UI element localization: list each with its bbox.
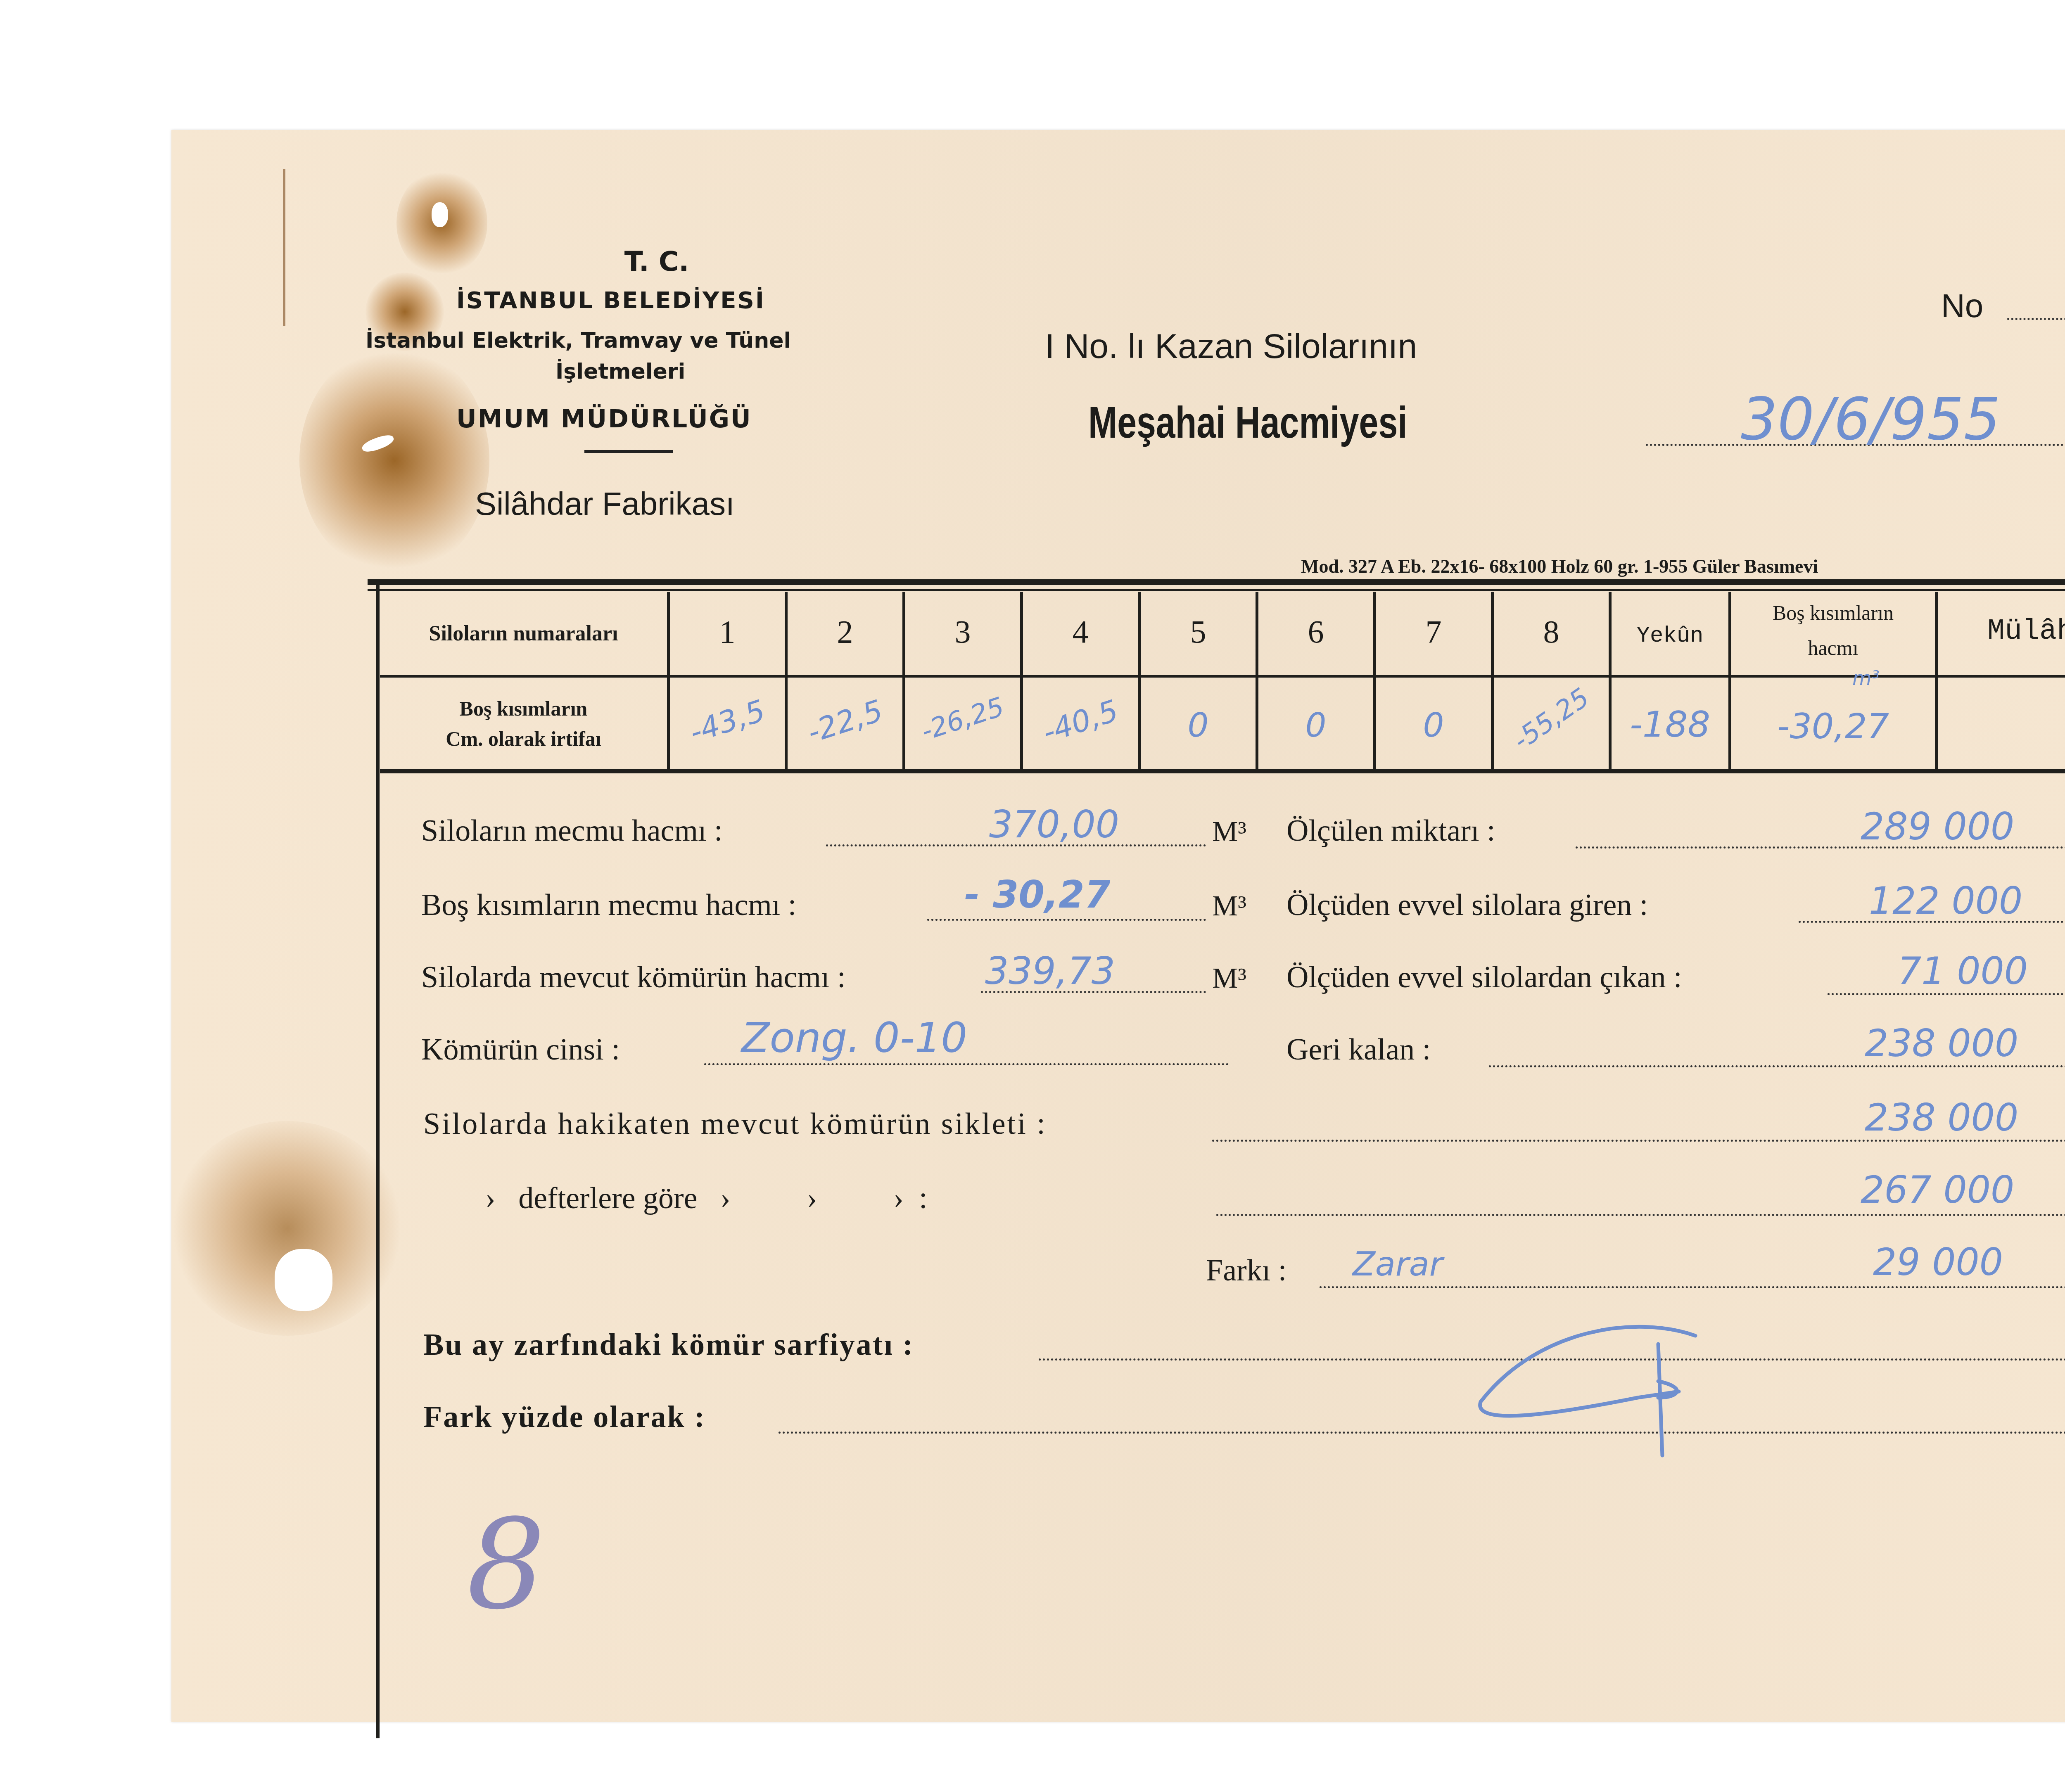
col-sep <box>1138 592 1141 769</box>
field-label-difference: Farkı : <box>1206 1253 1286 1288</box>
table-bottom-rule <box>380 769 2065 773</box>
punch-hole <box>275 1249 332 1311</box>
col-sep <box>1728 592 1731 769</box>
field-value-difference: 29 000 <box>1873 1241 2003 1284</box>
col-header-8: 8 <box>1494 613 1609 650</box>
fold-mark <box>283 169 285 326</box>
col-header-5: 5 <box>1141 613 1256 650</box>
table-top-rule <box>368 579 2065 585</box>
field-label-exited: Ölçüden evvel silolardan çıkan : <box>1286 960 1682 995</box>
cell-silo-4[interactable]: -40,5 <box>1021 687 1140 756</box>
date-value: 30/6/955 <box>1741 386 2001 453</box>
field-line-remaining[interactable] <box>1489 1065 2065 1067</box>
field-unit-coal-volume: M³ <box>1212 962 1246 995</box>
field-value-coal-volume: 339,73 <box>985 950 1115 993</box>
col-header-2: 2 <box>788 613 902 650</box>
org-line-isletmeler: İşletmeleri <box>555 359 685 384</box>
org-line-tc: T. C. <box>582 246 731 277</box>
field-label-remaining: Geri kalan : <box>1286 1032 1431 1067</box>
burn-stain <box>299 345 489 576</box>
col-header-4: 4 <box>1023 613 1138 650</box>
org-line-iett: İstanbul Elektrik, Tramvay ve Tünel <box>366 328 791 353</box>
field-value-coal-type: Zong. 0-10 <box>741 1014 967 1062</box>
form-title-line1: I No. lı Kazan Silolarının <box>1045 326 1417 366</box>
col-sep <box>1020 592 1023 769</box>
col-header-3: 3 <box>905 613 1020 650</box>
row-label-silo-numbers: Siloların numaraları <box>380 621 667 646</box>
field-label-entered: Ölçüden evvel silolara giren : <box>1286 888 1648 923</box>
field-value-exited: 71 000 <box>1898 950 2028 993</box>
signature-icon <box>1464 1319 1753 1460</box>
field-note-difference: Zarar <box>1353 1245 1443 1283</box>
document-sheet: T. C. İSTANBUL BELEDİYESİ İstanbul Elekt… <box>171 130 2065 1722</box>
field-line-actual-weight[interactable] <box>1212 1140 2065 1142</box>
cell-silo-1[interactable]: -43,5 <box>667 687 787 756</box>
field-label-empty-volume: Boş kısımların mecmu hacmı : <box>421 888 796 923</box>
cell-yekun[interactable]: -188 <box>1612 704 1728 745</box>
field-value-remaining: 238 000 <box>1865 1022 2018 1065</box>
margin-number: 8 <box>467 1493 546 1637</box>
printer-note: Mod. 327 A Eb. 22x16- 68x100 Holz 60 gr.… <box>1301 555 1818 577</box>
field-line-coal-type[interactable] <box>704 1063 1229 1065</box>
no-field[interactable] <box>2007 318 2065 320</box>
frame-left <box>376 584 380 1738</box>
org-line-belediye: İSTANBUL BELEDİYESİ <box>456 287 765 314</box>
col-header-bos-hacim-2: hacmı <box>1731 636 1935 660</box>
col-sep <box>785 592 788 769</box>
field-unit-total-volume: M³ <box>1212 815 1246 849</box>
field-value-measured: 289 000 <box>1861 805 2014 849</box>
col-sep <box>902 592 905 769</box>
factory-name: Silâhdar Fabrikası <box>475 485 735 523</box>
field-line-percent-difference[interactable] <box>779 1432 2065 1434</box>
field-value-actual-weight: 238 000 <box>1865 1096 2018 1140</box>
field-label-book-weight: › defterlere göre › › › : <box>485 1181 928 1216</box>
col-header-6: 6 <box>1258 613 1373 650</box>
cell-silo-3[interactable]: -26,25 <box>903 687 1022 751</box>
col-header-mulahazat: Mülâhazat <box>1938 615 2065 648</box>
cell-silo-5[interactable]: 0 <box>1141 706 1256 744</box>
burn-hole <box>432 202 448 227</box>
col-sep <box>1609 592 1612 769</box>
field-value-entered: 122 000 <box>1869 879 2022 923</box>
col-header-yekun: Yekûn <box>1612 623 1728 649</box>
col-sep <box>1935 592 1938 769</box>
field-label-coal-type: Kömürün cinsi : <box>421 1032 620 1067</box>
field-label-coal-volume: Silolarda mevcut kömürün hacmı : <box>421 960 846 995</box>
field-label-total-volume: Siloların mecmu hacmı : <box>421 813 723 849</box>
field-line-empty-volume[interactable] <box>927 919 1206 921</box>
table-top-rule-thin <box>368 589 2065 591</box>
field-label-percent-difference: Fark yüzde olarak : <box>423 1400 706 1435</box>
table-mid-rule <box>380 675 2065 678</box>
cell-silo-2[interactable]: -22,5 <box>785 687 905 756</box>
col-header-bos-hacim-1: Boş kısımların <box>1731 601 1935 625</box>
cell-silo-6[interactable]: 0 <box>1258 706 1373 744</box>
field-line-book-weight[interactable] <box>1216 1214 2065 1216</box>
cell-silo-8[interactable]: -55,25 <box>1495 674 1607 765</box>
field-label-monthly-consumption: Bu ay zarfındaki kömür sarfiyatı : <box>423 1327 914 1363</box>
field-line-difference[interactable] <box>1320 1286 2065 1288</box>
col-sep <box>1373 592 1376 769</box>
field-label-measured: Ölçülen miktarı : <box>1286 813 1495 849</box>
field-value-book-weight: 267 000 <box>1861 1169 2014 1212</box>
field-unit-empty-volume: M³ <box>1212 890 1246 923</box>
col-header-7: 7 <box>1376 613 1491 650</box>
cell-bos-hacim-unit: m³ <box>1852 667 1880 690</box>
no-label: No <box>1941 287 1983 325</box>
row-label-empty-height-2: Cm. olarak irtifaı <box>380 727 667 751</box>
col-sep <box>667 592 670 769</box>
field-value-total-volume: 370,00 <box>989 803 1119 846</box>
col-sep <box>1256 592 1258 769</box>
field-value-empty-volume: - 30,27 <box>964 873 1110 917</box>
col-sep <box>1491 592 1494 769</box>
cell-silo-7[interactable]: 0 <box>1376 706 1491 744</box>
row-label-empty-height-1: Boş kısımların <box>380 697 667 721</box>
header-rule <box>584 450 673 453</box>
cell-bos-hacim[interactable]: -30,27 <box>1731 706 1935 747</box>
field-label-actual-weight: Silolarda hakikaten mevcut kömürün sikle… <box>423 1107 1047 1142</box>
form-title-line2: Meşahai Hacmiyesi <box>1088 396 1408 448</box>
col-header-1: 1 <box>670 613 785 650</box>
org-line-mudurluk: UMUM MÜDÜRLÜĞÜ <box>456 405 752 434</box>
field-line-exited[interactable] <box>1828 993 2065 995</box>
